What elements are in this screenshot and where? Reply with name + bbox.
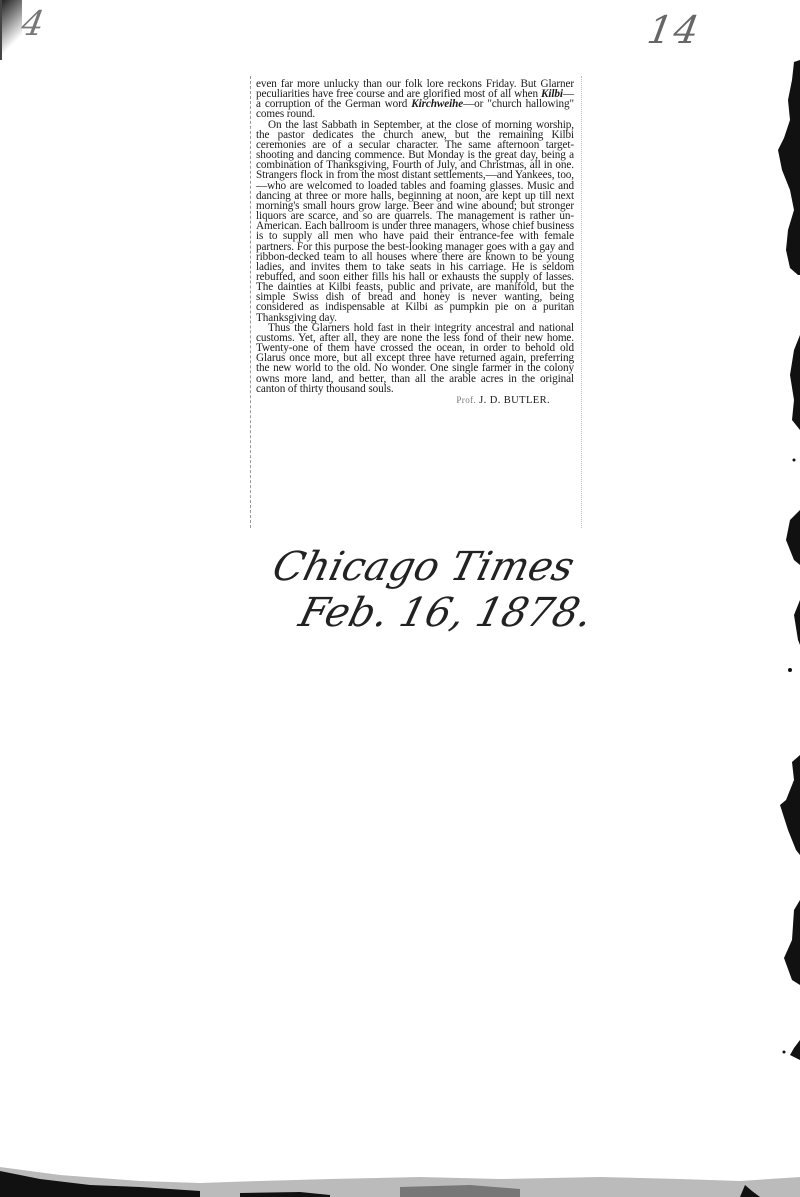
byline-prefix: Prof. xyxy=(456,395,476,405)
page-number-right: 14 xyxy=(644,8,704,52)
scan-corner-shadow xyxy=(0,0,22,60)
handwritten-date: Feb. 16, 1878. xyxy=(257,590,598,636)
term-kirchweihe: Kirchweihe xyxy=(411,98,463,110)
byline: Prof. J. D. BUTLER. xyxy=(256,395,574,406)
paragraph-2: On the last Sabbath in September, at the… xyxy=(256,120,574,323)
paragraph-3: Thus the Glarners hold fast in their int… xyxy=(256,323,574,394)
byline-author: J. D. BUTLER. xyxy=(479,395,550,406)
paragraph-1: even far more unlucky than our folk lore… xyxy=(256,79,574,120)
page-number-left: 4 xyxy=(18,4,47,44)
scan-left-edge xyxy=(0,0,2,60)
handwritten-publication: Chicago Times xyxy=(268,544,579,590)
bottom-page-edge xyxy=(0,1167,800,1197)
handwritten-source-note: Chicago Times Feb. 16, 1878. xyxy=(257,544,609,636)
torn-page-edge xyxy=(720,40,800,1197)
article-text: even far more unlucky than our folk lore… xyxy=(256,79,574,406)
